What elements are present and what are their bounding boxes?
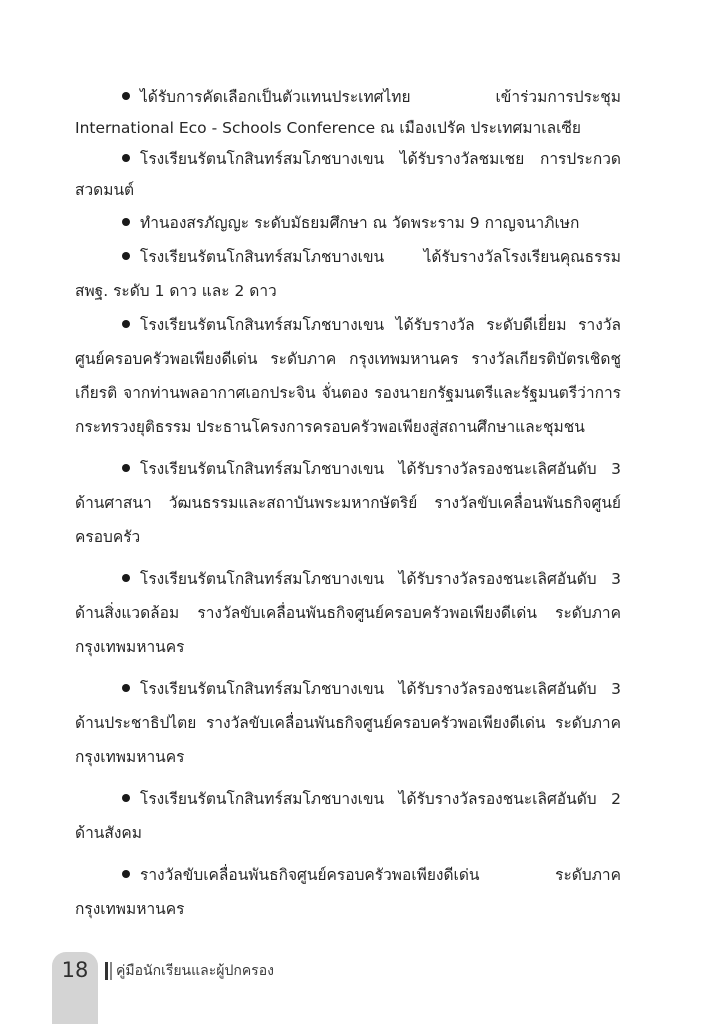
bullet-icon <box>122 574 130 582</box>
paragraph-text: โรงเรียนรัตนโกสินทร์สมโภชบางเขน ได้รับรา… <box>75 248 621 300</box>
paragraph-text: โรงเรียนรัตนโกสินทร์สมโภชบางเขน ได้รับรา… <box>75 460 621 546</box>
paragraph-moral-school: โรงเรียนรัตนโกสินทร์สมโภชบางเขน ได้รับรา… <box>75 240 621 308</box>
bullet-icon <box>122 794 130 802</box>
paragraph-sarabhanya: ทำนองสรภัญญะ ระดับมัธยมศึกษา ณ วัดพระราม… <box>75 206 621 240</box>
paragraph-text: โรงเรียนรัตนโกสินทร์สมโภชบางเขน ได้รับรา… <box>75 680 621 766</box>
paragraph-regional-award: รางวัลขับเคลื่อนพันธกิจศูนย์ครอบครัวพอเพ… <box>75 858 621 926</box>
bullet-icon <box>122 154 130 162</box>
bullet-icon <box>122 218 130 226</box>
bullet-icon <box>122 320 130 328</box>
bullet-icon <box>122 684 130 692</box>
paragraph-chanting-award: โรงเรียนรัตนโกสินทร์สมโภชบางเขน ได้รับรา… <box>75 144 621 206</box>
paragraph-democracy: โรงเรียนรัตนโกสินทร์สมโภชบางเขน ได้รับรา… <box>75 672 621 774</box>
bullet-icon <box>122 464 130 472</box>
bullet-icon <box>122 92 130 100</box>
paragraph-text: โรงเรียนรัตนโกสินทร์สมโภชบางเขน ได้รับรา… <box>75 790 621 842</box>
paragraph-text: ทำนองสรภัญญะ ระดับมัธยมศึกษา ณ วัดพระราม… <box>140 214 579 232</box>
paragraph-social: โรงเรียนรัตนโกสินทร์สมโภชบางเขน ได้รับรา… <box>75 782 621 850</box>
page-number-tab: 18 <box>52 952 98 1024</box>
footer-separator-thick <box>105 962 108 980</box>
paragraph-environment: โรงเรียนรัตนโกสินทร์สมโภชบางเขน ได้รับรา… <box>75 562 621 664</box>
paragraph-religion-culture: โรงเรียนรัตนโกสินทร์สมโภชบางเขน ได้รับรา… <box>75 452 621 554</box>
page-footer: 18 คู่มือนักเรียนและผู้ปกครอง <box>0 950 707 1024</box>
paragraph-text: โรงเรียนรัตนโกสินทร์สมโภชบางเขน ได้รับรา… <box>75 570 621 656</box>
paragraph-text: ได้รับการคัดเลือกเป็นตัวแทนประเทศไทย เข้… <box>75 88 621 137</box>
paragraph-text: โรงเรียนรัตนโกสินทร์สมโภชบางเขน ได้รับรา… <box>75 316 621 436</box>
book-title: คู่มือนักเรียนและผู้ปกครอง <box>116 960 274 982</box>
bullet-icon <box>122 252 130 260</box>
footer-separator-thin <box>110 962 112 980</box>
paragraph-text: รางวัลขับเคลื่อนพันธกิจศูนย์ครอบครัวพอเพ… <box>75 866 621 918</box>
bullet-icon <box>122 870 130 878</box>
paragraph-eco-schools: ได้รับการคัดเลือกเป็นตัวแทนประเทศไทย เข้… <box>75 82 621 144</box>
paragraph-text: โรงเรียนรัตนโกสินทร์สมโภชบางเขน ได้รับรา… <box>75 150 621 199</box>
paragraph-sufficiency-family: โรงเรียนรัตนโกสินทร์สมโภชบางเขน ได้รับรา… <box>75 308 621 444</box>
page-body: ได้รับการคัดเลือกเป็นตัวแทนประเทศไทย เข้… <box>75 82 621 926</box>
page-number: 18 <box>52 958 98 982</box>
